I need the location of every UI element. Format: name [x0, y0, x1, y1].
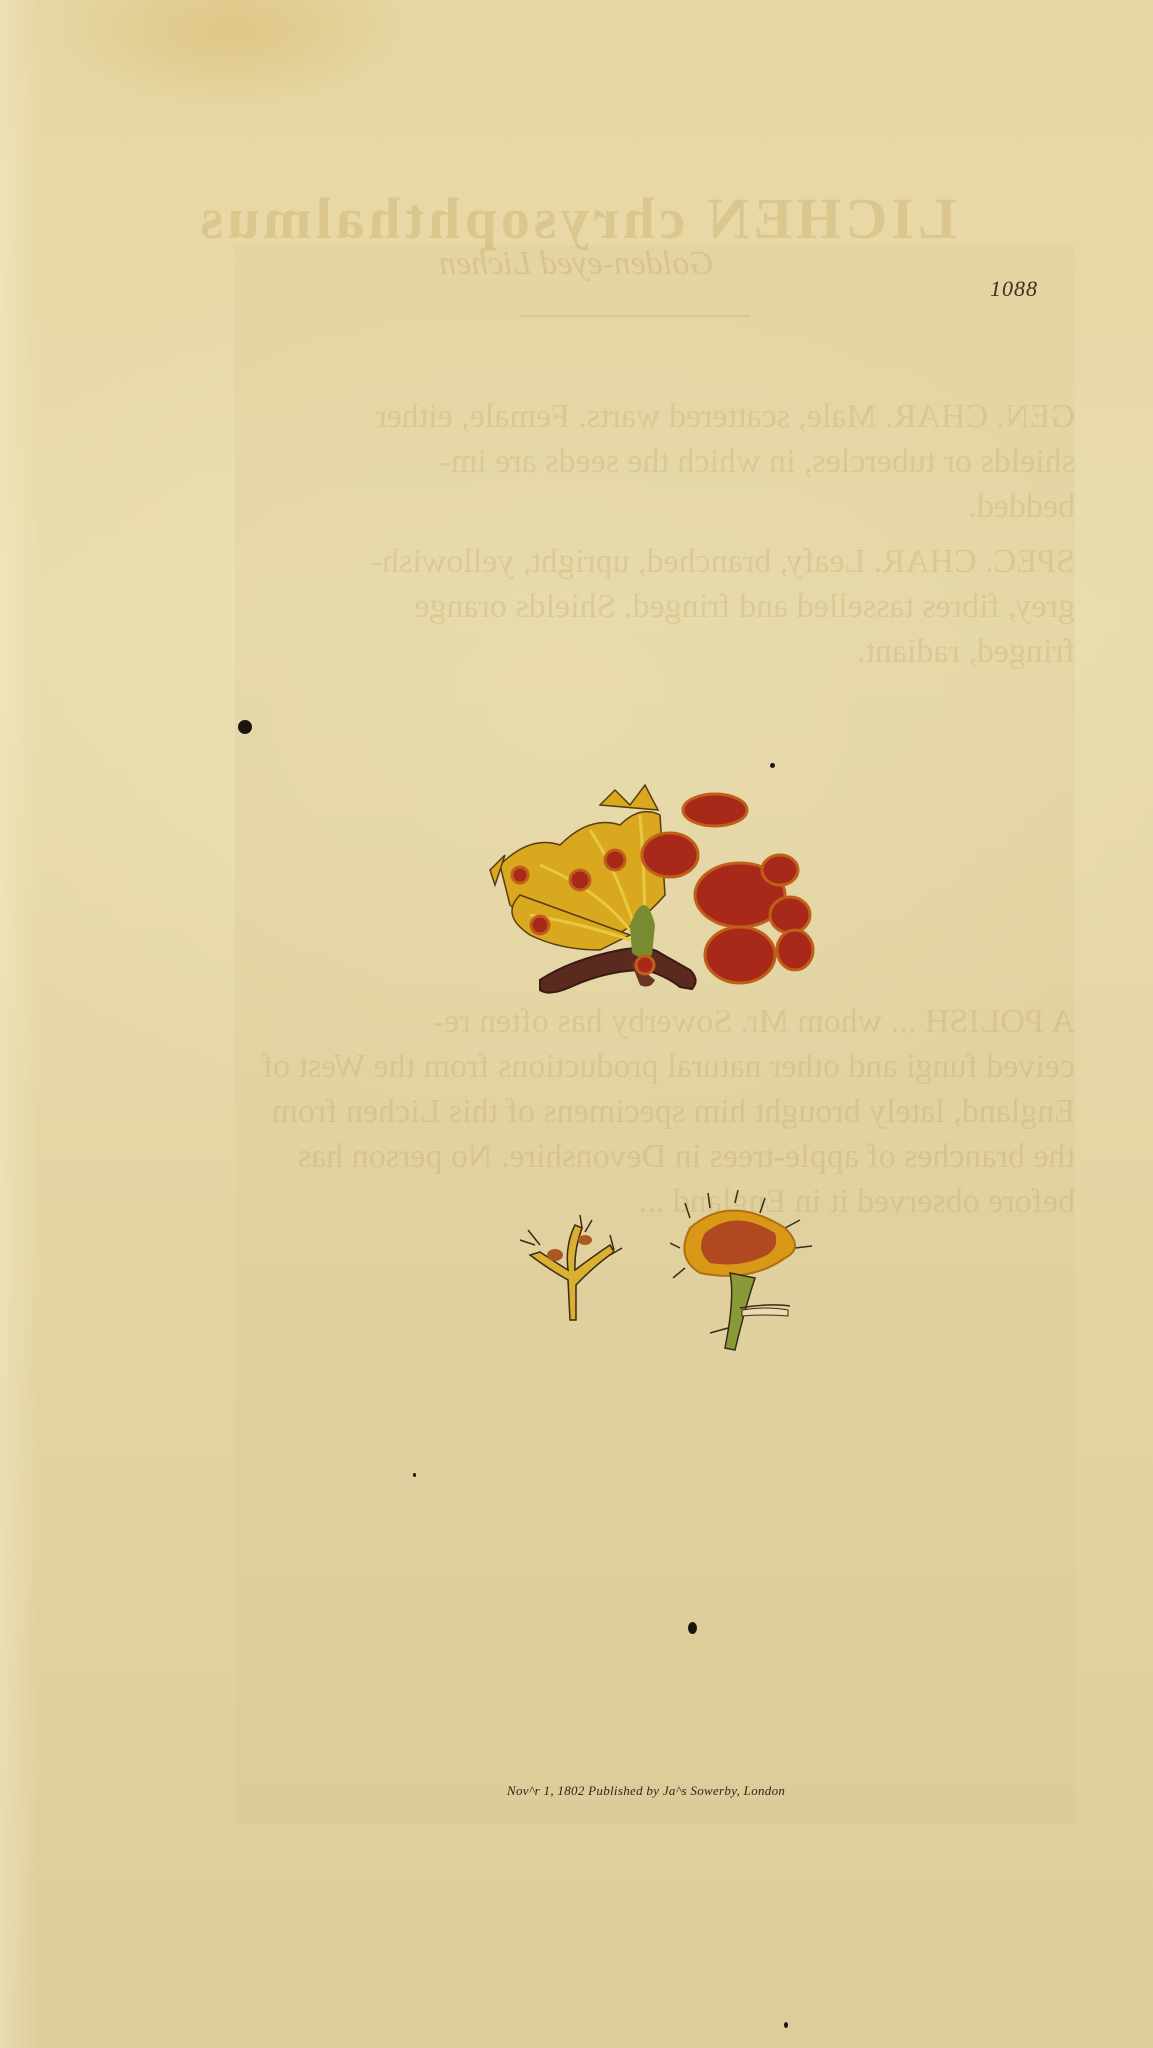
showthrough-title: LICHEN chrysophthalmus	[0, 185, 1153, 252]
showthrough-line: fringed, radiant.	[215, 630, 1075, 674]
paper-edge-strip	[0, 0, 40, 2048]
lichen-main-illustration	[480, 775, 820, 1010]
showthrough-line: SPEC. CHAR. Leafy, branched, upright, ye…	[215, 540, 1075, 584]
ink-speck	[770, 763, 775, 768]
ink-speck	[413, 1473, 416, 1477]
showthrough-line: shields or tubercles, in which the seeds…	[215, 440, 1075, 484]
plate-number: 1088	[990, 276, 1038, 302]
showthrough-rule	[520, 315, 750, 317]
lichen-branch-detail	[510, 1200, 630, 1330]
ink-speck	[688, 1622, 697, 1634]
publication-imprint: Nov^r 1, 1802 Published by Ja^s Sowerby,…	[507, 1783, 785, 1799]
lichen-shield-detail	[670, 1188, 820, 1358]
showthrough-line: ceived fungi and other natural productio…	[215, 1045, 1075, 1089]
ink-speck	[238, 720, 252, 734]
showthrough-line: grey, fibres tasselled and fringed. Shie…	[215, 585, 1075, 629]
showthrough-line: bedded.	[215, 485, 1075, 529]
showthrough-line: before observed it in England ...	[215, 1180, 1075, 1224]
twig-icon	[540, 948, 696, 993]
showthrough-line: England, lately brought him specimens of…	[215, 1090, 1075, 1134]
ink-speck	[784, 2022, 788, 2028]
showthrough-line: GEN. CHAR. Male, scattered warts. Female…	[215, 395, 1075, 439]
showthrough-line: the branches of apple-trees in Devonshir…	[215, 1135, 1075, 1179]
showthrough-subtitle: Golden-eyed Lichen	[0, 245, 1153, 283]
